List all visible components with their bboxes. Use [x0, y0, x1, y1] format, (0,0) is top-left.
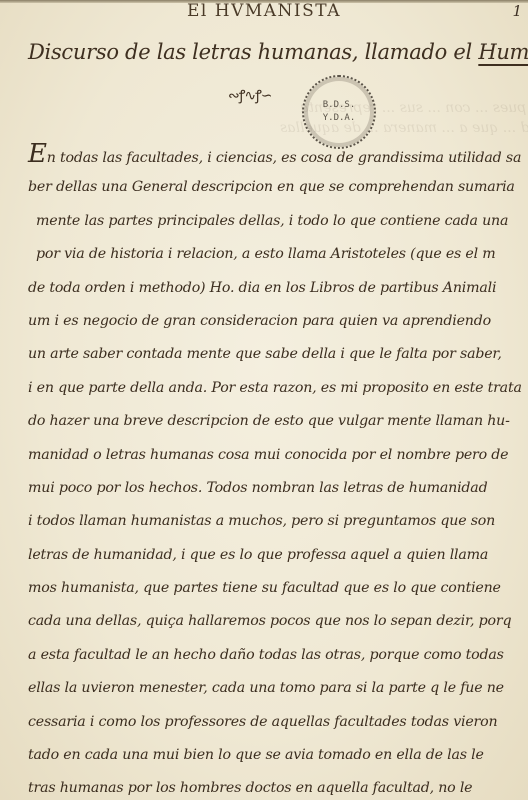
body-text: En todas las facultades, i ciencias, es … — [28, 138, 498, 800]
text-line: ber dellas una General descripcion en qu… — [28, 171, 498, 204]
text-line: En todas las facultades, i ciencias, es … — [28, 138, 498, 171]
stamp-line-2: Y.D.A. — [323, 112, 356, 125]
text-line: do hazer una breve descripcion de esto q… — [28, 405, 498, 438]
text-line: por via de historia i relacion, a esto l… — [28, 238, 498, 271]
stamp-line-1: B.D.S. — [323, 99, 356, 112]
manuscript-page: mas los que ... orden ... pues ... con .… — [0, 0, 528, 800]
text-line: cessaria i como los professores de aquel… — [28, 706, 498, 739]
text-line: i todos llaman humanistas a muchos, pero… — [28, 505, 498, 538]
text-line: manidad o letras humanas cosa mui conoci… — [28, 439, 498, 472]
chapter-heading: Discurso de las letras humanas, llamado … — [28, 40, 508, 64]
text-line: de toda orden i methodo) Ho. dia en los … — [28, 272, 498, 305]
text-line: un arte saber contada mente que sabe del… — [28, 338, 498, 371]
text-line: letras de humanidad, i que es lo que pro… — [28, 539, 498, 572]
text-line: a esta facultad le an hecho daño todas l… — [28, 639, 498, 672]
ornament-flourish-icon: ∾ꝭ∿ꝭ∽ — [228, 86, 271, 105]
text-line: ellas la uvieron menester, cada una tomo… — [28, 672, 498, 705]
text-line: tras humanas por los hombres doctos en a… — [28, 772, 498, 800]
text-line: cada una dellas, quiça hallaremos pocos … — [28, 605, 498, 638]
text-line: mui poco por los hechos. Todos nombran l… — [28, 472, 498, 505]
text-line: mente las partes principales dellas, i t… — [28, 205, 498, 238]
text-line: tado en cada una mui bien lo que se avia… — [28, 739, 498, 772]
drop-cap: E — [28, 139, 47, 169]
running-title: El HVMANISTA — [0, 1, 528, 21]
text-line: um i es negocio de gran consideracion pa… — [28, 305, 498, 338]
heading-text: Discurso de las letras humanas, llamado … — [28, 40, 478, 64]
folio-mark: 1 — [512, 2, 522, 20]
text-line: mos humanista, que partes tiene su facul… — [28, 572, 498, 605]
heading-underlined-word: Humanista — [478, 40, 528, 64]
text-line: i en que parte della anda. Por esta razo… — [28, 372, 498, 405]
